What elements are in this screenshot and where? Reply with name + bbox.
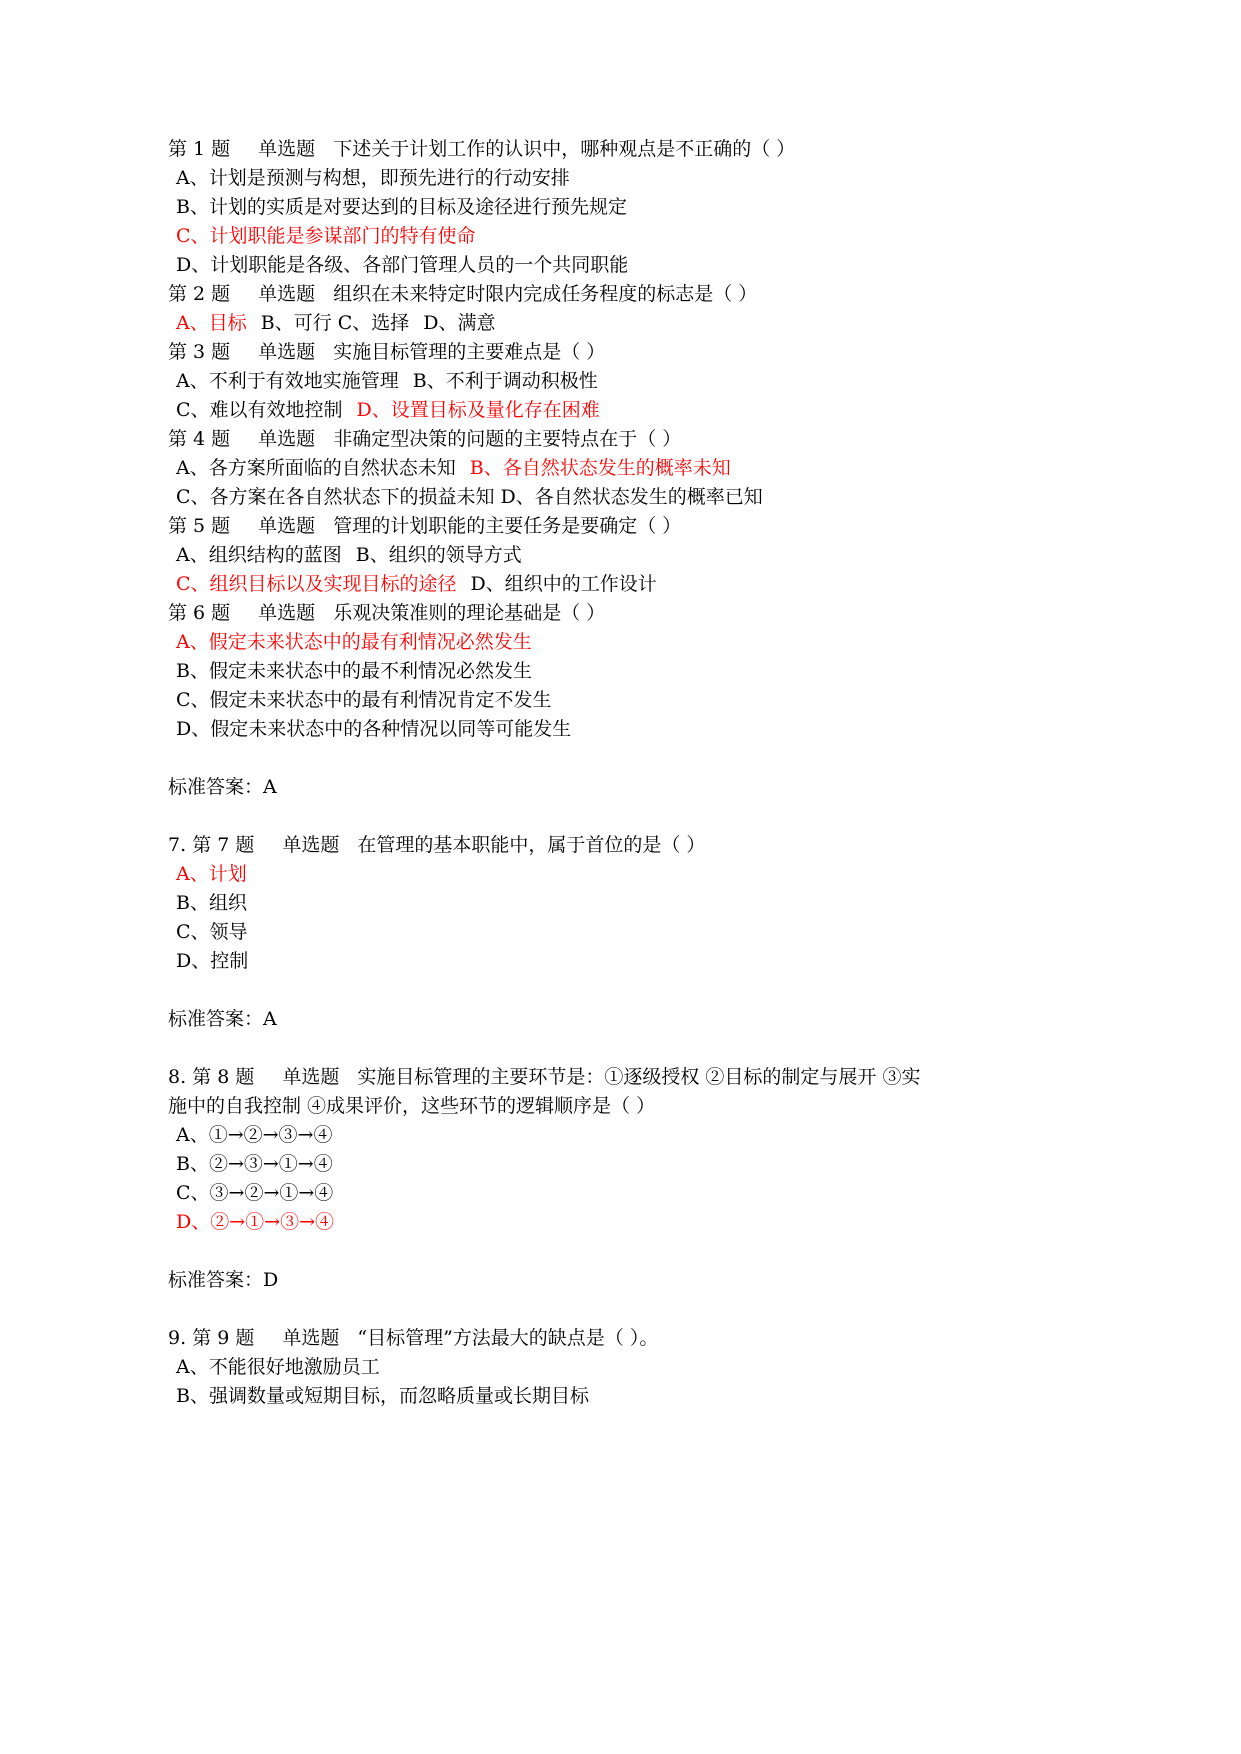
option: D、控制 <box>168 947 1068 976</box>
question-prefix: 7. <box>168 834 186 856</box>
question-prefix: 8. <box>168 1066 186 1088</box>
option: D、假定未来状态中的各种情况以同等可能发生 <box>168 715 1068 744</box>
question-type: 单选题 <box>258 602 315 624</box>
question-number: 第 6 题 <box>168 602 230 624</box>
option: B、组织的领导方式 <box>356 544 522 566</box>
question-type: 单选题 <box>282 1066 339 1088</box>
question-4-header: 第 4 题单选题非确定型决策的问题的主要特点在于（ ） <box>168 425 1068 454</box>
option: D、计划职能是各级、各部门管理人员的一个共同职能 <box>168 251 1068 280</box>
question-9-header: 9. 第 9 题单选题“目标管理”方法最大的缺点是（ ）。 <box>168 1324 1068 1353</box>
question-type: 单选题 <box>258 341 315 363</box>
option: A、①→②→③→④ <box>168 1121 1068 1150</box>
question-number: 第 5 题 <box>168 515 230 537</box>
option: A、各方案所面临的自然状态未知 <box>176 457 456 479</box>
standard-answer: 标准答案：A <box>168 773 1068 802</box>
options-row: A、目标B、可行C、选择D、满意 <box>168 309 1068 338</box>
question-7-header: 7. 第 7 题单选题在管理的基本职能中，属于首位的是（ ） <box>168 831 1068 860</box>
question-stem: “目标管理”方法最大的缺点是（ ）。 <box>357 1327 658 1349</box>
option: D、组织中的工作设计 <box>471 573 657 595</box>
option: B、不利于调动积极性 <box>413 370 598 392</box>
option: A、计划是预测与构想，即预先进行的行动安排 <box>168 164 1068 193</box>
option: A、不能很好地激励员工 <box>168 1353 1068 1382</box>
question-number: 第 4 题 <box>168 428 230 450</box>
question-number: 第 1 题 <box>168 138 230 160</box>
option: C、③→②→①→④ <box>168 1179 1068 1208</box>
option: C、领导 <box>168 918 1068 947</box>
question-prefix: 9. <box>168 1327 186 1349</box>
question-number: 第 3 题 <box>168 341 230 363</box>
question-2-header: 第 2 题单选题组织在未来特定时限内完成任务程度的标志是（ ） <box>168 280 1068 309</box>
question-number: 第 7 题 <box>192 834 254 856</box>
question-type: 单选题 <box>282 1327 339 1349</box>
question-6-header: 第 6 题单选题乐观决策准则的理论基础是（ ） <box>168 599 1068 628</box>
option-correct: C、计划职能是参谋部门的特有使命 <box>168 222 1068 251</box>
option: A、组织结构的蓝图 <box>176 544 342 566</box>
question-type: 单选题 <box>282 834 339 856</box>
option: B、计划的实质是对要达到的目标及途径进行预先规定 <box>168 193 1068 222</box>
question-type: 单选题 <box>258 428 315 450</box>
option: D、满意 <box>423 312 495 334</box>
standard-answer: 标准答案：A <box>168 1005 1068 1034</box>
option-correct: D、②→①→③→④ <box>168 1208 1068 1237</box>
question-stem: 实施目标管理的主要难点是（ ） <box>333 341 605 363</box>
options-row: C、组织目标以及实现目标的途径D、组织中的工作设计 <box>168 570 1068 599</box>
document-page: 第 1 题单选题下述关于计划工作的认识中，哪种观点是不正确的（ ） A、计划是预… <box>168 135 1068 1411</box>
options-row: C、难以有效地控制D、设置目标及量化存在困难 <box>168 396 1068 425</box>
options-row: A、不利于有效地实施管理B、不利于调动积极性 <box>168 367 1068 396</box>
option: C、各方案在各自然状态下的损益未知 <box>176 486 495 508</box>
option: D、各自然状态发生的概率已知 <box>501 486 763 508</box>
question-number: 第 2 题 <box>168 283 230 305</box>
option-correct: C、组织目标以及实现目标的途径 <box>176 573 457 595</box>
question-8-header: 8. 第 8 题单选题实施目标管理的主要环节是：①逐级授权 ②目标的制定与展开 … <box>168 1063 1068 1092</box>
question-stem: 乐观决策准则的理论基础是（ ） <box>333 602 605 624</box>
question-stem-continued: 施中的自我控制 ④成果评价，这些环节的逻辑顺序是（ ） <box>168 1092 1068 1121</box>
option-correct: A、目标 <box>176 312 247 334</box>
question-stem: 在管理的基本职能中，属于首位的是（ ） <box>357 834 705 856</box>
question-3-header: 第 3 题单选题实施目标管理的主要难点是（ ） <box>168 338 1068 367</box>
question-5-header: 第 5 题单选题管理的计划职能的主要任务是要确定（ ） <box>168 512 1068 541</box>
question-stem: 组织在未来特定时限内完成任务程度的标志是（ ） <box>333 283 757 305</box>
standard-answer: 标准答案：D <box>168 1266 1068 1295</box>
options-row: A、各方案所面临的自然状态未知B、各自然状态发生的概率未知 <box>168 454 1068 483</box>
option: A、不利于有效地实施管理 <box>176 370 399 392</box>
question-stem: 管理的计划职能的主要任务是要确定（ ） <box>333 515 681 537</box>
question-stem: 下述关于计划工作的认识中，哪种观点是不正确的（ ） <box>333 138 795 160</box>
options-row: A、组织结构的蓝图B、组织的领导方式 <box>168 541 1068 570</box>
option: C、难以有效地控制 <box>176 399 343 421</box>
option: B、假定未来状态中的最不利情况必然发生 <box>168 657 1068 686</box>
option-correct: A、假定未来状态中的最有利情况必然发生 <box>168 628 1068 657</box>
option-correct: D、设置目标及量化存在困难 <box>357 399 600 421</box>
question-1-header: 第 1 题单选题下述关于计划工作的认识中，哪种观点是不正确的（ ） <box>168 135 1068 164</box>
options-row: C、各方案在各自然状态下的损益未知D、各自然状态发生的概率已知 <box>168 483 1068 512</box>
question-stem: 非确定型决策的问题的主要特点在于（ ） <box>333 428 681 450</box>
option-correct: B、各自然状态发生的概率未知 <box>470 457 731 479</box>
option: B、强调数量或短期目标，而忽略质量或长期目标 <box>168 1382 1068 1411</box>
option-correct: A、计划 <box>168 860 1068 889</box>
option: B、②→③→①→④ <box>168 1150 1068 1179</box>
question-stem: 实施目标管理的主要环节是：①逐级授权 ②目标的制定与展开 ③实 <box>357 1066 920 1088</box>
option: B、组织 <box>168 889 1068 918</box>
option: B、可行 <box>261 312 332 334</box>
question-number: 第 9 题 <box>192 1327 254 1349</box>
question-type: 单选题 <box>258 138 315 160</box>
question-number: 第 8 题 <box>192 1066 254 1088</box>
option: C、假定未来状态中的最有利情况肯定不发生 <box>168 686 1068 715</box>
question-type: 单选题 <box>258 283 315 305</box>
option: C、选择 <box>338 312 410 334</box>
question-type: 单选题 <box>258 515 315 537</box>
